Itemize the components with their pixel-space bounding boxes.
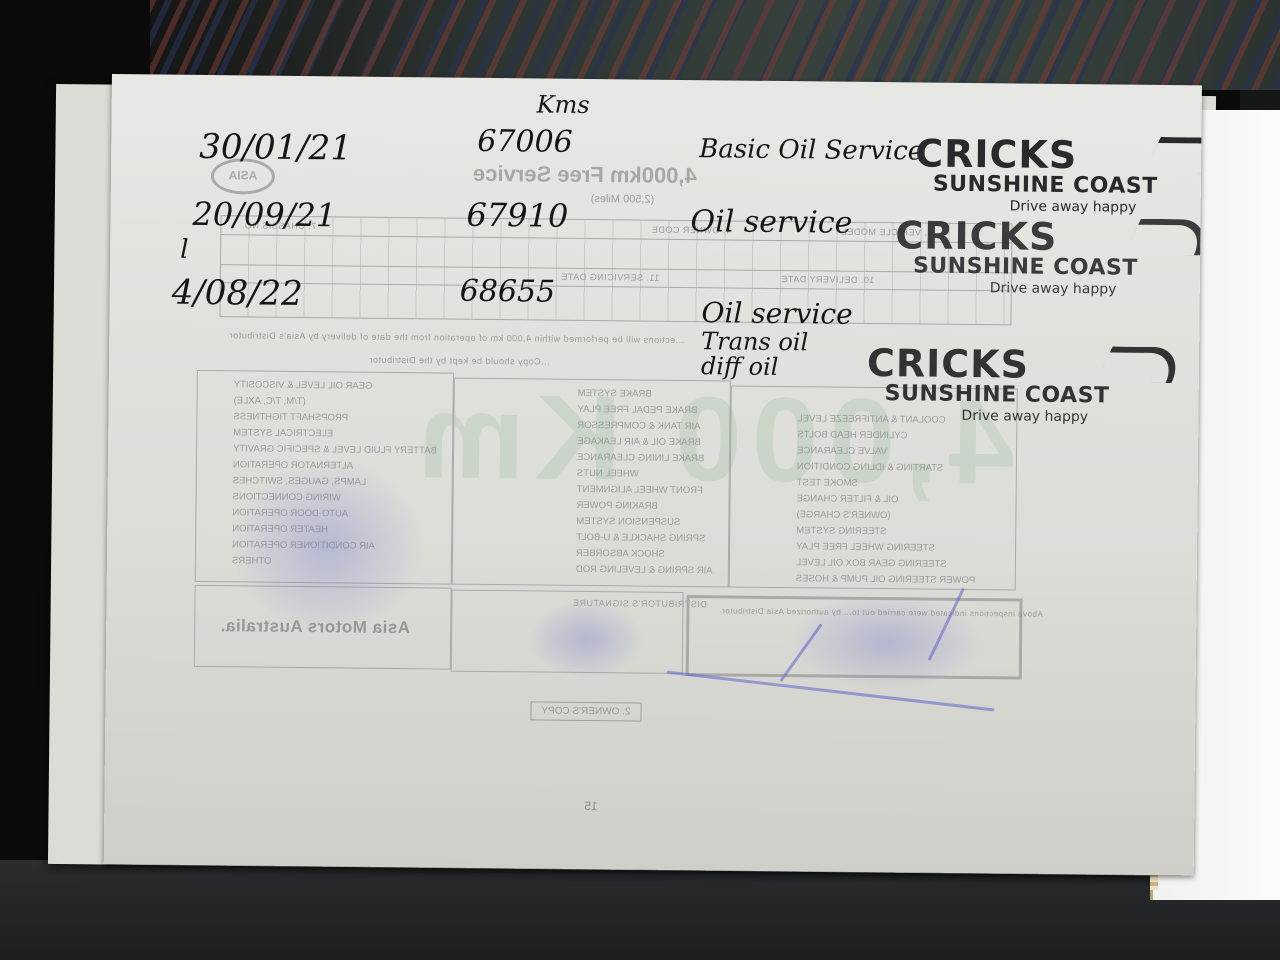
stamp-region: SUNSHINE COAST xyxy=(913,254,1138,280)
service-date: 30/01/21 xyxy=(199,127,352,169)
service-work: Oil service xyxy=(701,296,852,331)
stamp-brand: CRICKS xyxy=(915,134,1158,175)
stamp-region: SUNSHINE COAST xyxy=(885,382,1110,408)
owners-copy-label: 2. OWNER'S COPY xyxy=(530,701,641,721)
stamp-brand: CRICKS xyxy=(867,344,1110,385)
ink-bleed xyxy=(226,455,428,637)
miles-subtitle-print-through: (2,500 Miles) xyxy=(591,193,655,206)
service-date: 4/08/22 xyxy=(172,273,303,314)
ink-bleed xyxy=(526,598,647,679)
vehicle-details-grid: 5. VEHICLE MODEL 4. OWNER CODE 7. CHASSI… xyxy=(219,215,1012,325)
dealer-stamp: CRICKS SUNSHINE COAST Drive away happy xyxy=(895,216,1139,299)
dealer-stamp: CRICKS SUNSHINE COAST Drive away happy xyxy=(915,134,1159,217)
service-date: 20/09/21 xyxy=(192,195,336,235)
free-service-title-print-through: 4,000km Free Service xyxy=(473,161,697,189)
service-work: Oil service xyxy=(690,204,852,241)
dealer-stamp: CRICKS SUNSHINE COAST Drive away happy xyxy=(866,344,1110,427)
notice-text: ...Copy should be kept by the Distributo… xyxy=(369,355,550,367)
stamp-tagline: Drive away happy xyxy=(990,279,1138,299)
checklist-middle: BRAKE SYSTEM BRAKE PEDAL FREE PLAY AIR T… xyxy=(576,386,715,579)
service-odometer: 67910 xyxy=(466,196,568,235)
service-odometer: 67006 xyxy=(477,124,573,160)
margin-mark: l xyxy=(180,235,189,265)
field-label: 10. DELIVERY DATE xyxy=(781,274,875,285)
service-work: diff oil xyxy=(701,352,779,381)
stamp-tagline: Drive away happy xyxy=(961,407,1109,427)
service-odometer: 68655 xyxy=(460,274,556,310)
seat-fabric-bottom xyxy=(0,860,1280,960)
stamp-region: SUNSHINE COAST xyxy=(933,173,1158,199)
logbook-page: ASIA 4,000km Free Service (2,500 Miles) … xyxy=(104,74,1202,875)
notice-text: ...ections will be performed within 4,00… xyxy=(229,330,684,345)
field-label: 11. SERVICING DATE xyxy=(561,272,660,283)
kms-column-header: Kms xyxy=(537,90,590,119)
stamp-brand: CRICKS xyxy=(895,216,1138,257)
service-work: Basic Oil Service xyxy=(699,134,923,166)
swoosh-icon xyxy=(1095,346,1188,383)
checklist-right: COOLANT & ANTIFREEZE LEVEL CYLINDER HEAD… xyxy=(795,411,976,589)
page-number: 15 xyxy=(584,799,598,813)
checklist-panel-middle: BRAKE SYSTEM BRAKE PEDAL FREE PLAY AIR T… xyxy=(452,378,731,588)
